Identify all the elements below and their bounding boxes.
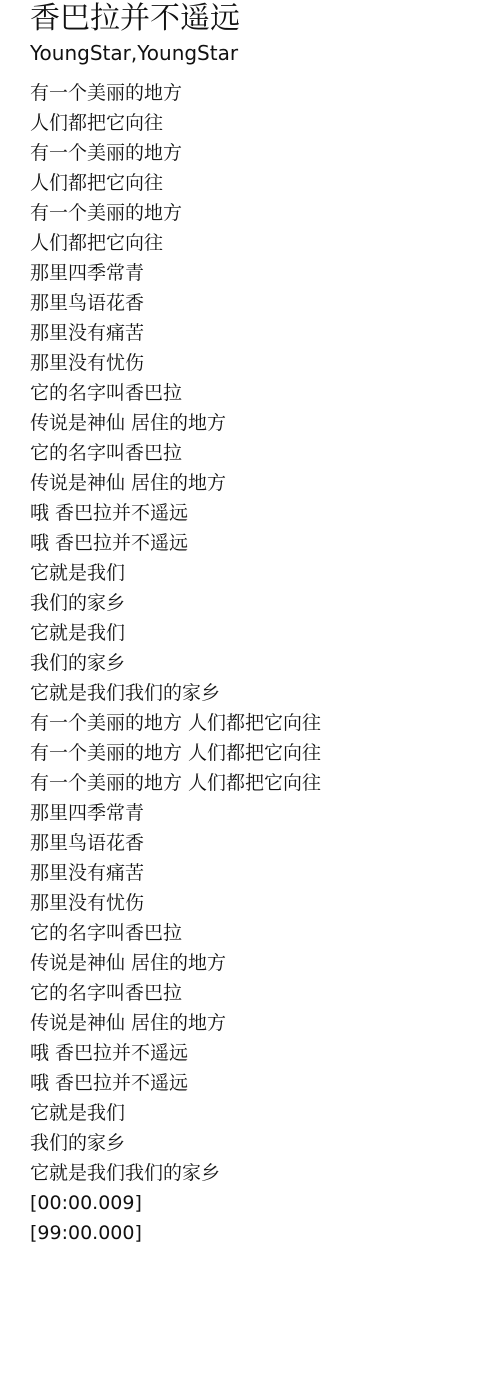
lyric-line: 人们都把它向往 — [30, 228, 321, 258]
lyric-line: 那里鸟语花香 — [30, 288, 321, 318]
lyric-line: 那里鸟语花香 — [30, 828, 321, 858]
lyric-line: 它就是我们 — [30, 618, 321, 648]
lyric-line: 我们的家乡 — [30, 588, 321, 618]
lyric-line: 哦 香巴拉并不遥远 — [30, 1068, 321, 1098]
lyric-line: 传说是神仙 居住的地方 — [30, 468, 321, 498]
lyric-line: 人们都把它向往 — [30, 168, 321, 198]
lyric-line: 有一个美丽的地方 — [30, 138, 321, 168]
lyric-line: 那里没有痛苦 — [30, 858, 321, 888]
lyric-line: 那里四季常青 — [30, 258, 321, 288]
lyric-line: 哦 香巴拉并不遥远 — [30, 528, 321, 558]
lyric-line: 它就是我们 — [30, 1098, 321, 1128]
lyric-line: 我们的家乡 — [30, 648, 321, 678]
song-artist: YoungStar,YoungStar — [30, 40, 238, 66]
lyric-line: 传说是神仙 居住的地方 — [30, 948, 321, 978]
lyric-line: 有一个美丽的地方 人们都把它向往 — [30, 708, 321, 738]
lyric-line: 哦 香巴拉并不遥远 — [30, 1038, 321, 1068]
lyric-line: 人们都把它向往 — [30, 108, 321, 138]
lyric-line: 有一个美丽的地方 人们都把它向往 — [30, 738, 321, 768]
lyric-line: 有一个美丽的地方 人们都把它向往 — [30, 768, 321, 798]
lyric-line: 传说是神仙 居住的地方 — [30, 1008, 321, 1038]
lyric-line: 哦 香巴拉并不遥远 — [30, 498, 321, 528]
lyric-line: 它的名字叫香巴拉 — [30, 918, 321, 948]
lyric-line: 它就是我们我们的家乡 — [30, 1158, 321, 1188]
lyric-line: 它的名字叫香巴拉 — [30, 378, 321, 408]
lyric-line: 那里没有忧伤 — [30, 888, 321, 918]
lyric-line: 传说是神仙 居住的地方 — [30, 408, 321, 438]
lyric-line: 它的名字叫香巴拉 — [30, 438, 321, 468]
lyric-line: 我们的家乡 — [30, 1128, 321, 1158]
lyric-line: 它就是我们我们的家乡 — [30, 678, 321, 708]
lyric-line: 它的名字叫香巴拉 — [30, 978, 321, 1008]
lyric-line: 那里四季常青 — [30, 798, 321, 828]
lyric-line: 它就是我们 — [30, 558, 321, 588]
lyric-line: 那里没有忧伤 — [30, 348, 321, 378]
song-title: 香巴拉并不遥远 — [30, 0, 240, 38]
lyric-line: 有一个美丽的地方 — [30, 198, 321, 228]
lyric-line: [00:00.009] — [30, 1188, 321, 1218]
lyric-line: [99:00.000] — [30, 1218, 321, 1248]
lyric-line: 那里没有痛苦 — [30, 318, 321, 348]
lyrics-list: 有一个美丽的地方人们都把它向往有一个美丽的地方人们都把它向往有一个美丽的地方人们… — [30, 78, 321, 1248]
lyric-line: 有一个美丽的地方 — [30, 78, 321, 108]
